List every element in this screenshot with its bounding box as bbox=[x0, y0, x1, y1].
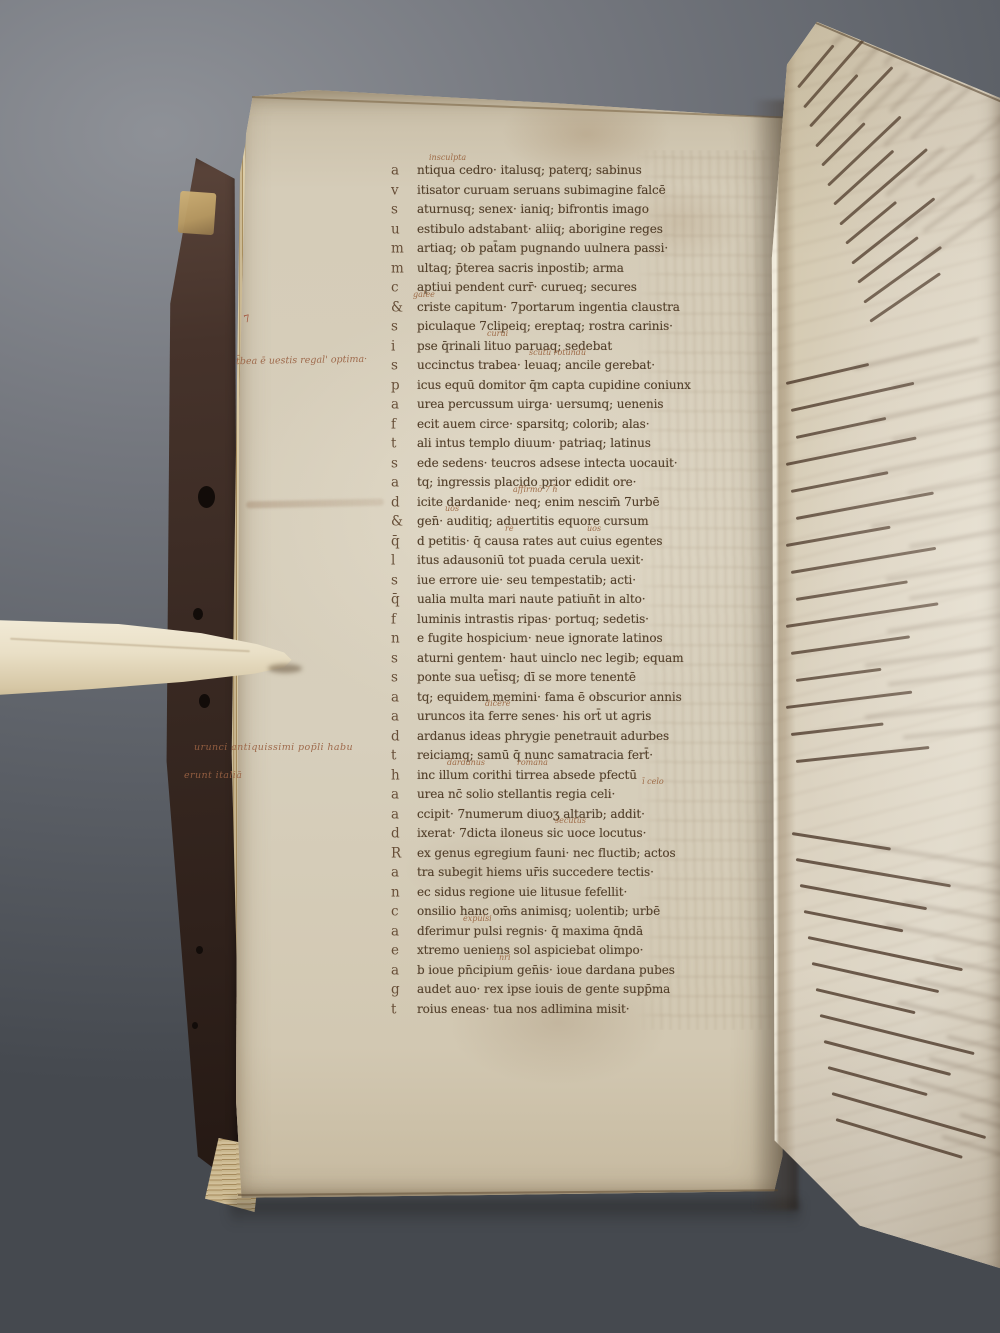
verse-line: q̄ d petitis· q̄ causa rates aut cuius e… bbox=[391, 532, 731, 552]
verse-line: a urea nc̄ solio stellantis regia celi· bbox=[391, 785, 731, 805]
verse-line: a urea percussum uirga· uersumq; uenenis bbox=[391, 395, 731, 415]
marginal-initial-letter: t bbox=[391, 747, 417, 767]
verse-text: aturnusq; senex· ianiq; bifrontis imago bbox=[417, 200, 649, 220]
verse-text: ardanus ideas phrygie penetrauit adurbes bbox=[417, 727, 669, 747]
verse-line: p icus equū domitor q̄m capta cupidine c… bbox=[391, 376, 731, 396]
marginal-initial-letter: a bbox=[391, 162, 417, 182]
verse-line: s aturnusq; senex· ianiq; bifrontis imag… bbox=[391, 200, 731, 220]
verse-line: v itisator curuam seruans subimagine fal… bbox=[391, 181, 731, 201]
verse-line: e xtremo ueniens sol aspiciebat olimpo· bbox=[391, 941, 731, 961]
verse-text: tq; ingressis placido prior edidit ore· bbox=[417, 473, 636, 493]
verse-text: itisator curuam seruans subimagine falcē bbox=[417, 181, 666, 201]
verse-line: m artiaq; ob pat̄am pugnando uulnera pas… bbox=[391, 239, 731, 259]
marginal-initial-letter: p bbox=[391, 376, 417, 396]
bone-folder-tip-shadow bbox=[268, 664, 302, 673]
marginal-initial-letter: s bbox=[391, 201, 417, 221]
marginal-initial-letter: e bbox=[391, 942, 417, 962]
verse-text: aptiui pendent curr̄· curueq; secures bbox=[417, 278, 637, 298]
verse-text: pse q̄rinali lituo paruaq; sedebat bbox=[417, 337, 612, 357]
verse-text: criste capitum· 7portarum ingentia claus… bbox=[417, 298, 680, 318]
verse-text: inc illum corithi tirrea absede pfectū bbox=[417, 766, 637, 786]
verse-line: c onsilio hanc om̄s animisq; uolentib; u… bbox=[391, 902, 731, 922]
verse-line: n ec sidus regione uie litusue fefellit· bbox=[391, 883, 731, 903]
verse-text: uruncos ita ferre senes· his ort̄ ut agr… bbox=[417, 707, 651, 727]
marginal-note-trabea: t̄bea ē uestis regal' optima· bbox=[236, 354, 367, 367]
verse-line: s ponte sua uet̄isq; dī se more tenentē bbox=[391, 668, 731, 688]
marginal-initial-letter: s bbox=[391, 571, 417, 591]
marginal-initial-letter: a bbox=[391, 396, 417, 416]
marginal-initial-letter: a bbox=[391, 786, 417, 806]
marginal-initial-letter: s bbox=[391, 357, 417, 377]
worm-hole bbox=[193, 608, 203, 620]
verse-lines: a ntiqua cedro· italusq; paterq; sabinus… bbox=[391, 161, 731, 1019]
verse-text: ali intus templo diuum· patriaq; latinus bbox=[417, 434, 651, 454]
manuscript-text-column: a ntiqua cedro· italusq; paterq; sabinus… bbox=[391, 161, 731, 1025]
marginal-initial-letter: & bbox=[391, 298, 417, 318]
verse-line: a b ioue pn̄cipium gen̄is· ioue dardana … bbox=[391, 961, 731, 981]
verse-text: ede sedens· teucros adsese intecta uocau… bbox=[417, 454, 677, 474]
marginal-initial-letter: a bbox=[391, 864, 417, 884]
verse-text: d petitis· q̄ causa rates aut cuius egen… bbox=[417, 532, 662, 552]
marginal-initial-letter: c bbox=[391, 279, 417, 299]
verse-text: ecit auem circe· sparsitq; colorib; alas… bbox=[417, 415, 649, 435]
marginal-initial-letter: n bbox=[391, 630, 417, 650]
verse-text: ec sidus regione uie litusue fefellit· bbox=[417, 883, 627, 903]
marginal-initial-letter: m bbox=[391, 259, 417, 279]
marginal-initial-letter: s bbox=[391, 318, 417, 338]
verse-text: ultaq; p̄terea sacris inpostib; arma bbox=[417, 259, 624, 279]
verse-line: i pse q̄rinali lituo paruaq; sedebat bbox=[391, 337, 731, 357]
marginal-initial-letter: d bbox=[391, 825, 417, 845]
marginal-initial-letter: & bbox=[391, 513, 417, 533]
verse-text: itus adausoniū tot puada cerula uexit· bbox=[417, 551, 644, 571]
marginal-note-aurunci-line2: erunt italiā bbox=[184, 770, 242, 781]
verse-line: c aptiui pendent curr̄· curueq; secures bbox=[391, 278, 731, 298]
verse-text: ualia multa mari naute patiun̄t in alto· bbox=[417, 590, 645, 610]
verse-line: d ardanus ideas phrygie penetrauit adurb… bbox=[391, 727, 731, 747]
verse-text: iue errore uie· seu tempestatib; acti· bbox=[417, 571, 636, 591]
verse-line: s ede sedens· teucros adsese intecta uoc… bbox=[391, 454, 731, 474]
verse-text: tq; equidem memini· fama ē obscurior ann… bbox=[417, 688, 682, 708]
verse-line: s uccinctus trabea· leuaq; ancile gereba… bbox=[391, 356, 731, 376]
verse-text: piculaque 7clipeiq; ereptaq; rostra cari… bbox=[417, 317, 673, 337]
verse-line: a tra subegit hiems ur̄is succedere tect… bbox=[391, 863, 731, 883]
marginal-initial-letter: i bbox=[391, 337, 417, 357]
verse-line: a tq; equidem memini· fama ē obscurior a… bbox=[391, 688, 731, 708]
verse-line: a tq; ingressis placido prior edidit ore… bbox=[391, 473, 731, 493]
verse-text: ntiqua cedro· italusq; paterq; sabinus bbox=[417, 161, 642, 181]
verse-line: s iue errore uie· seu tempestatib; acti· bbox=[391, 571, 731, 591]
marginal-initial-letter: h bbox=[391, 766, 417, 786]
marginal-initial-letter: a bbox=[391, 474, 417, 494]
verse-text: gen̄· auditiq; aduertitis equore cursum bbox=[417, 512, 648, 532]
verse-line: & criste capitum· 7portarum ingentia cla… bbox=[391, 298, 731, 318]
marginal-initial-letter: f bbox=[391, 415, 417, 435]
verse-text: ixerat· 7dicta iloneus sic uoce locutus· bbox=[417, 824, 646, 844]
verse-line: n e fugite hospicium· neue ignorate lati… bbox=[391, 629, 731, 649]
marginal-initial-letter: a bbox=[391, 708, 417, 728]
verse-line: t reiciamq; samū q̄ nunc samatracia fert… bbox=[391, 746, 731, 766]
verse-text: ccipit· 7numerum diuoʒ altarib; addit· bbox=[417, 805, 645, 825]
marginal-initial-letter: a bbox=[391, 922, 417, 942]
worm-hole bbox=[196, 946, 203, 954]
marginal-initial-letter: u bbox=[391, 220, 417, 240]
verse-line: a ccipit· 7numerum diuoʒ altarib; addit· bbox=[391, 805, 731, 825]
verse-line: q̄ ualia multa mari naute patiun̄t in al… bbox=[391, 590, 731, 610]
verse-text: e fugite hospicium· neue ignorate latino… bbox=[417, 629, 663, 649]
marginal-initial-letter: t bbox=[391, 435, 417, 455]
verse-text: roius eneas· tua nos adlimina misit· bbox=[417, 1000, 630, 1020]
verse-line: h inc illum corithi tirrea absede pfectū bbox=[391, 766, 731, 786]
verse-line: R ex genus egregium fauni· nec fluctib; … bbox=[391, 844, 731, 864]
verse-line: a ntiqua cedro· italusq; paterq; sabinus bbox=[391, 161, 731, 181]
marginal-note-aurunci-line1: urunci antiquissimi pop̄li habu bbox=[194, 742, 353, 753]
verse-line: d ixerat· 7dicta iloneus sic uoce locutu… bbox=[391, 824, 731, 844]
verse-text: onsilio hanc om̄s animisq; uolentib; urb… bbox=[417, 902, 660, 922]
photograph-of-open-manuscript: a ntiqua cedro· italusq; paterq; sabinus… bbox=[0, 0, 1000, 1333]
verse-line: g audet auo· rex ipse iouis de gente sup… bbox=[391, 980, 731, 1000]
marginal-initial-letter: s bbox=[391, 649, 417, 669]
verse-text: tra subegit hiems ur̄is succedere tectis… bbox=[417, 863, 654, 883]
marginal-initial-letter: a bbox=[391, 688, 417, 708]
verse-text: dferimur pulsi regnis· q̄ maxima q̄ndā bbox=[417, 922, 643, 942]
verse-line: t ali intus templo diuum· patriaq; latin… bbox=[391, 434, 731, 454]
verse-line: t roius eneas· tua nos adlimina misit· bbox=[391, 1000, 731, 1020]
verse-text: luminis intrastis ripas· portuq; sedetis… bbox=[417, 610, 649, 630]
verse-line: d icite dardanide· neq; enim nescim̄ 7ur… bbox=[391, 493, 731, 513]
right-page-shading bbox=[770, 0, 1000, 1290]
marginal-initial-letter: s bbox=[391, 454, 417, 474]
verse-text: icus equū domitor q̄m capta cupidine con… bbox=[417, 376, 691, 396]
marginal-initial-letter: f bbox=[391, 610, 417, 630]
verse-text: icite dardanide· neq; enim nescim̄ 7urbē bbox=[417, 493, 659, 513]
verse-line: f ecit auem circe· sparsitq; colorib; al… bbox=[391, 415, 731, 435]
verse-line: f luminis intrastis ripas· portuq; sedet… bbox=[391, 610, 731, 630]
verse-text: artiaq; ob pat̄am pugnando uulnera passi… bbox=[417, 239, 668, 259]
worm-hole bbox=[192, 1022, 198, 1029]
verse-text: xtremo ueniens sol aspiciebat olimpo· bbox=[417, 941, 643, 961]
marginal-initial-letter: v bbox=[391, 181, 417, 201]
marginal-initial-letter: R bbox=[391, 844, 417, 864]
marginal-initial-letter: c bbox=[391, 903, 417, 923]
verse-text: aturni gentem· haut uinclo nec legib; eq… bbox=[417, 649, 684, 669]
right-page-curving-away bbox=[770, 0, 1000, 1290]
marginal-initial-letter: q̄ bbox=[391, 591, 417, 611]
marginal-initial-letter: d bbox=[391, 727, 417, 747]
marginal-initial-letter: q̄ bbox=[391, 532, 417, 552]
marginal-initial-letter: l bbox=[391, 552, 417, 572]
marginal-initial-letter: a bbox=[391, 961, 417, 981]
verse-line: u estibulo adstabant· aliiq; aborigine r… bbox=[391, 220, 731, 240]
marginal-initial-letter: n bbox=[391, 883, 417, 903]
verse-text: ponte sua uet̄isq; dī se more tenentē bbox=[417, 668, 636, 688]
marginal-initial-letter: t bbox=[391, 1000, 417, 1020]
marginal-initial-letter: d bbox=[391, 493, 417, 513]
verse-text: reiciamq; samū q̄ nunc samatracia fert̄· bbox=[417, 746, 653, 766]
verse-text: uccinctus trabea· leuaq; ancile gerebat· bbox=[417, 356, 655, 376]
verse-text: urea percussum uirga· uersumq; uenenis bbox=[417, 395, 663, 415]
verse-text: audet auo· rex ipse iouis de gente supp̄… bbox=[417, 980, 670, 1000]
verse-line: a dferimur pulsi regnis· q̄ maxima q̄ndā bbox=[391, 922, 731, 942]
verse-line: s piculaque 7clipeiq; ereptaq; rostra ca… bbox=[391, 317, 731, 337]
spine-repair-patch bbox=[178, 191, 217, 235]
verse-line: s aturni gentem· haut uinclo nec legib; … bbox=[391, 649, 731, 669]
worm-hole bbox=[199, 694, 210, 708]
verse-text: urea nc̄ solio stellantis regia celi· bbox=[417, 785, 615, 805]
verse-text: b ioue pn̄cipium gen̄is· ioue dardana pu… bbox=[417, 961, 675, 981]
verse-line: & gen̄· auditiq; aduertitis equore cursu… bbox=[391, 512, 731, 532]
marginal-initial-letter: g bbox=[391, 981, 417, 1001]
verse-line: m ultaq; p̄terea sacris inpostib; arma bbox=[391, 259, 731, 279]
marginal-initial-letter: m bbox=[391, 240, 417, 260]
verse-text: ex genus egregium fauni· nec fluctib; ac… bbox=[417, 844, 676, 864]
book-cast-shadow bbox=[230, 1200, 800, 1226]
marginal-initial-letter: a bbox=[391, 805, 417, 825]
verse-text: estibulo adstabant· aliiq; aborigine reg… bbox=[417, 220, 663, 240]
verse-line: a uruncos ita ferre senes· his ort̄ ut a… bbox=[391, 707, 731, 727]
marginal-initial-letter: s bbox=[391, 669, 417, 689]
verse-line: l itus adausoniū tot puada cerula uexit· bbox=[391, 551, 731, 571]
worm-hole bbox=[198, 486, 215, 508]
